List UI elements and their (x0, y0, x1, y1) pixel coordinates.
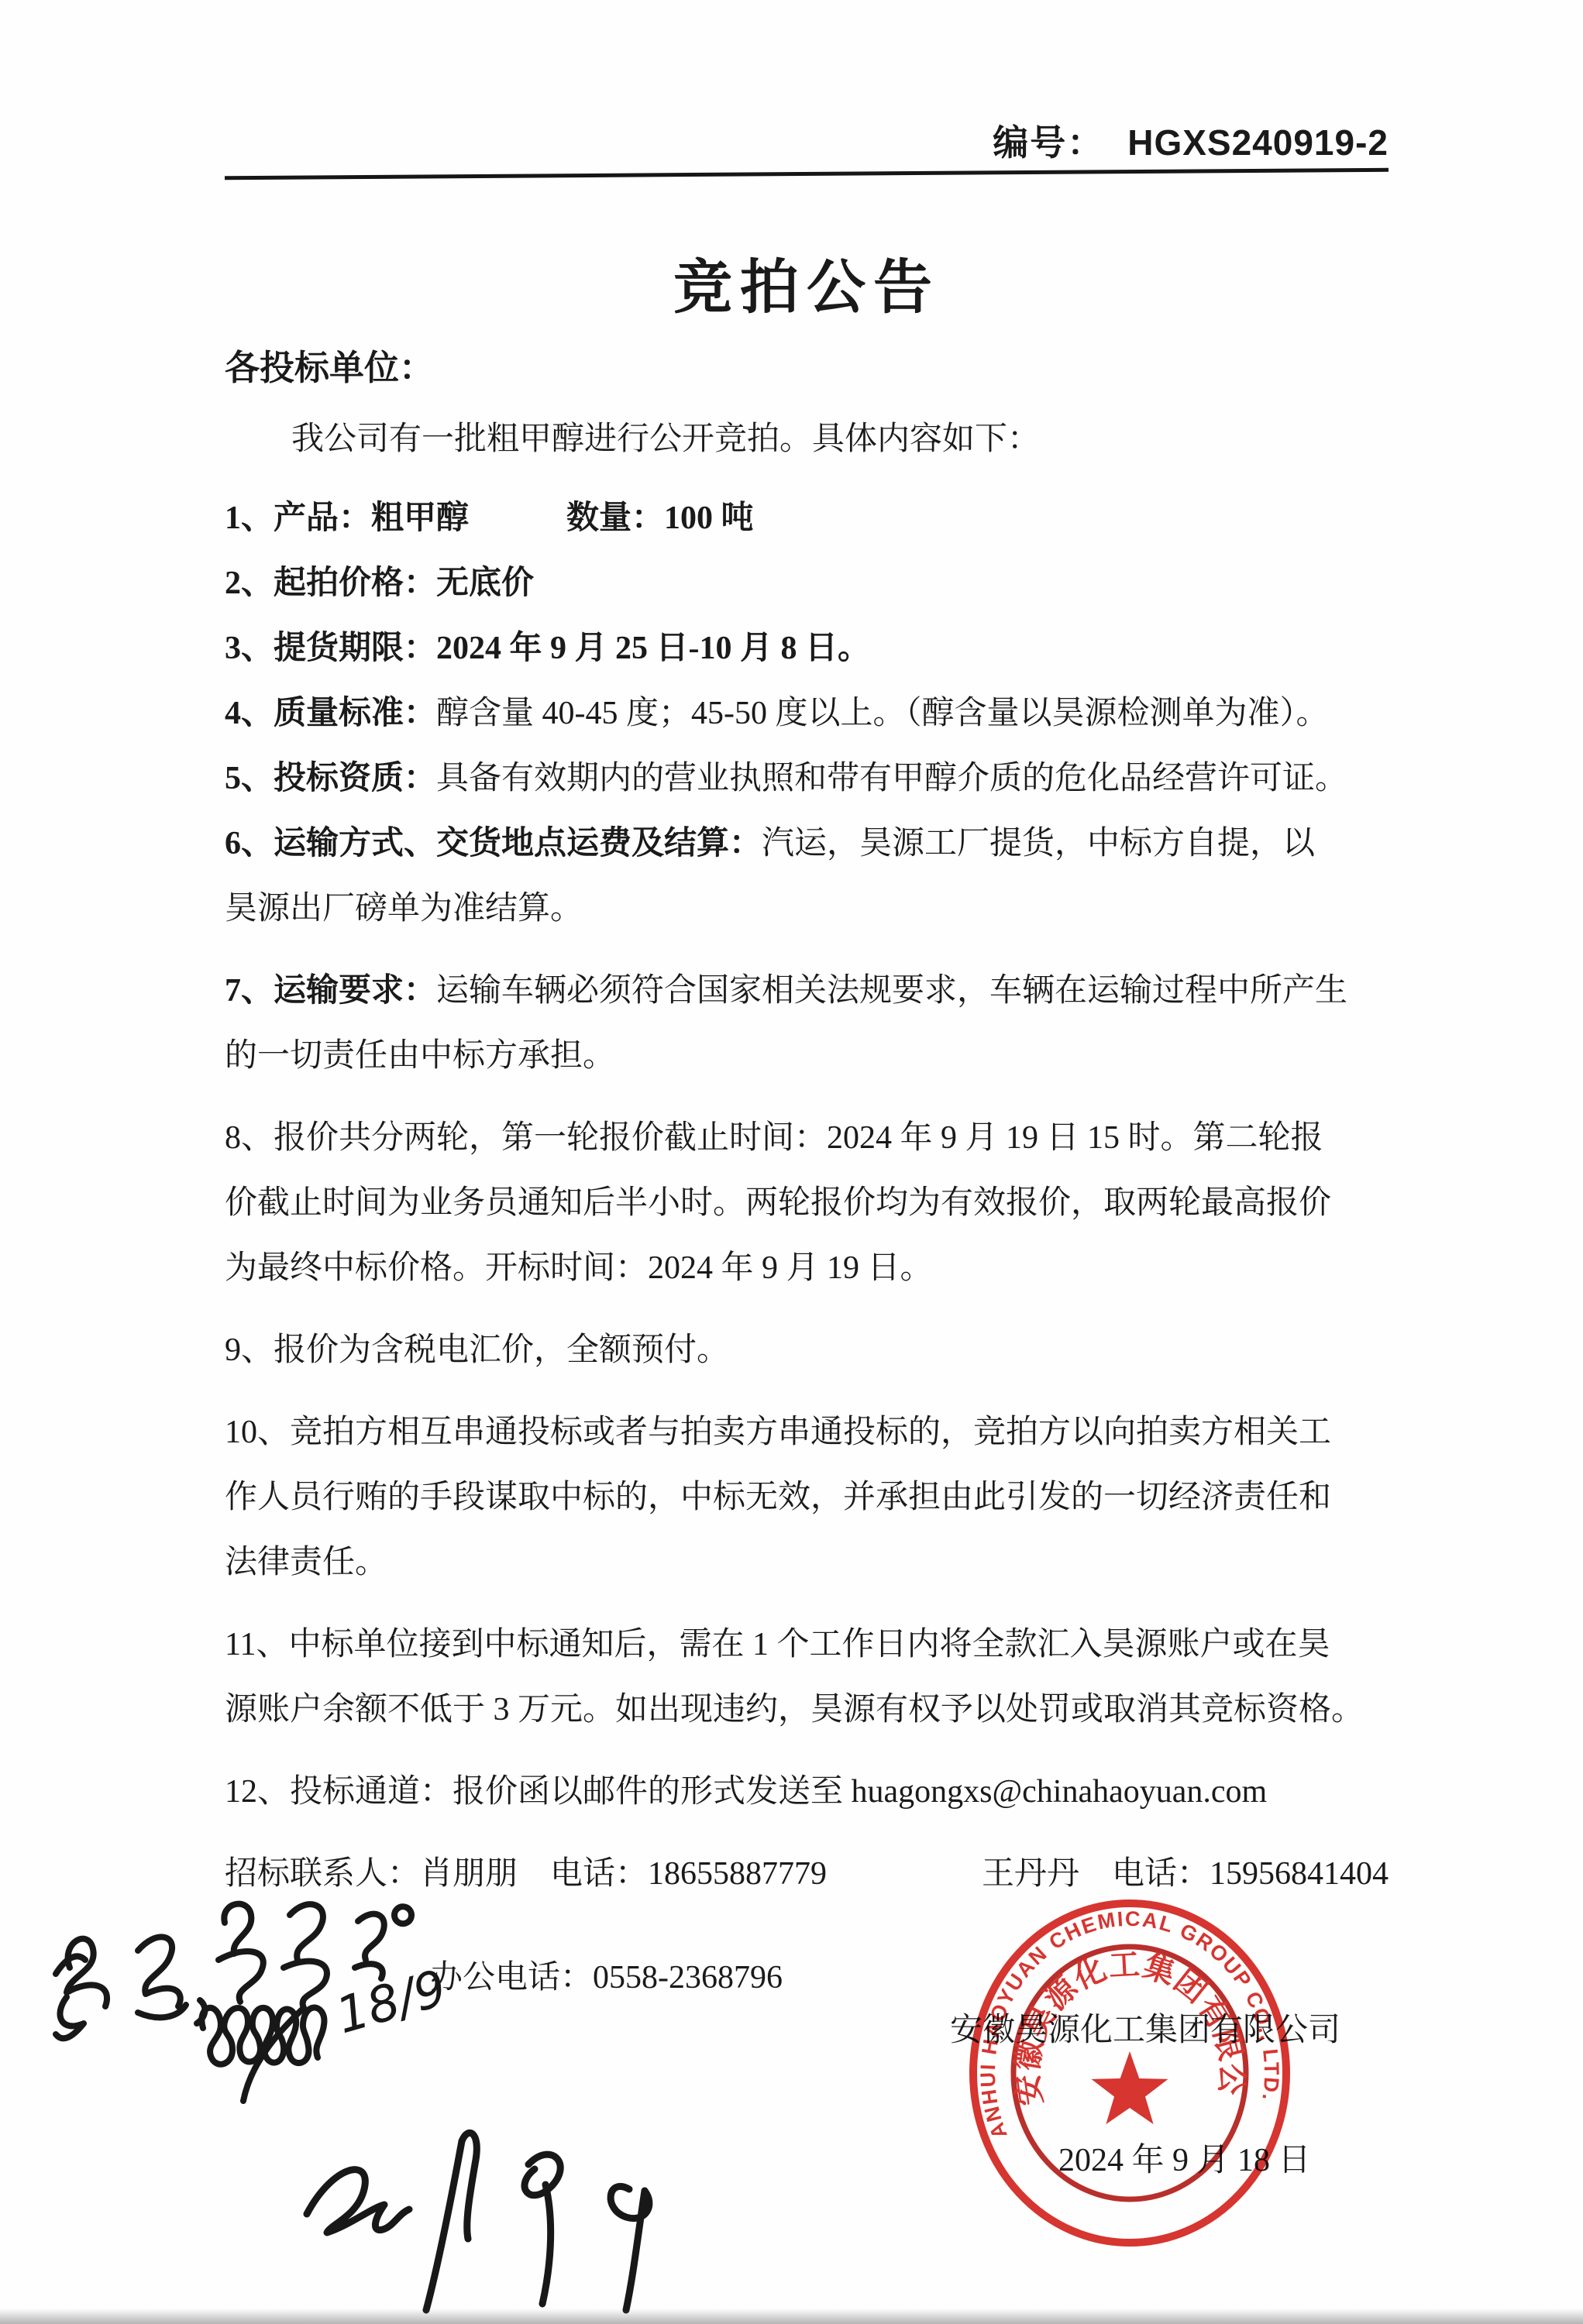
body-line-5: 5、投标资质：具备有效期内的营业执照和带有甲醇介质的危化品经营许可证。 (225, 746, 1389, 811)
intro-paragraph: 我公司有一批粗甲醇进行公开竞拍。具体内容如下： (225, 419, 1389, 459)
body-line-11: 价截止时间为业务员通知后半小时。两轮报价均为有效报价，取两轮最高报价 (225, 1171, 1389, 1236)
contact-phone-1: 18655887779 (648, 1856, 827, 1892)
contact-name-2: 王丹丹 (982, 1856, 1079, 1892)
body-line-19: 12、投标通道：报价函以邮件的形式发送至 huagongxs@chinahaoy… (225, 1759, 1389, 1824)
body-line-15: 作人员行贿的手段谋取中标的，中标无效，并承担由此引发的一切经济责任和 (225, 1465, 1389, 1530)
page-title: 竞拍公告 (225, 256, 1389, 320)
header-rule (225, 168, 1389, 180)
stamp-star-icon (1092, 2051, 1168, 2124)
body-line-4: 4、质量标准：醇含量 40-45 度；45-50 度以上。（醇含量以昊源检测单为… (225, 681, 1389, 746)
salutation: 各投标单位： (225, 348, 1389, 388)
body-line-13: 9、报价为含税电汇价，全额预付。 (225, 1318, 1389, 1383)
doc-number-label: 编号： (993, 122, 1104, 163)
doc-number-value: HGXS240919-2 (1127, 122, 1389, 163)
body-line-8: 7、运输要求：运输车辆必须符合国家相关法规要求，车辆在运输过程中所产生 (225, 958, 1389, 1023)
body-line-6: 6、运输方式、交货地点运费及结算：汽运，昊源工厂提货，中标方自提，以 (225, 811, 1389, 876)
body-line-12: 为最终中标价格。开标时间：2024 年 9 月 19 日。 (225, 1236, 1389, 1301)
body-line-9: 的一切责任由中标方承担。 (225, 1023, 1389, 1088)
body-text: 1、产品：粗甲醇 数量：100 吨 2、起拍价格：无底价 3、提货期限：2024… (225, 486, 1389, 1824)
handwriting-date-note: 18/9 (330, 1960, 453, 2046)
signature-scribble (279, 2115, 721, 2320)
contact-phone-2: 15956841404 (1210, 1856, 1389, 1892)
office-phone-value: 0558-2368796 (593, 1960, 783, 1996)
body-line-17: 11、中标单位接到中标通知后，需在 1 个工作日内将全款汇入昊源账户或在昊 (225, 1612, 1389, 1677)
body-line-3: 3、提货期限：2024 年 9 月 25 日-10 月 8 日。 (225, 616, 1389, 681)
company-stamp: ANHUI HAOYUAN CHEMICAL GROUP CO., LTD. 安… (959, 1891, 1300, 2255)
doc-number-row: 编号：HGXS240919-2 (225, 121, 1389, 164)
scan-edge-shadow (0, 2309, 1583, 2324)
body-line-7: 昊源出厂磅单为准结算。 (225, 876, 1389, 941)
body-line-10: 8、报价共分两轮，第一轮报价截止时间：2024 年 9 月 19 日 15 时。… (225, 1105, 1389, 1171)
body-line-18: 源账户余额不低于 3 万元。如出现违约，昊源有权予以处罚或取消其竞标资格。 (225, 1677, 1389, 1742)
body-line-1: 1、产品：粗甲醇 数量：100 吨 (225, 486, 1389, 551)
body-line-14: 10、竞拍方相互串通投标或者与拍卖方串通投标的，竞拍方以向拍卖方相关工 (225, 1400, 1389, 1465)
document-page: 编号：HGXS240919-2 竞拍公告 各投标单位： 我公司有一批粗甲醇进行公… (0, 0, 1583, 2324)
body-line-2: 2、起拍价格：无底价 (225, 551, 1389, 616)
handwritten-note: 18/9 (46, 1875, 573, 2115)
phone-label-2: 电话： (1112, 1856, 1210, 1892)
body-line-16: 法律责任。 (225, 1530, 1389, 1595)
